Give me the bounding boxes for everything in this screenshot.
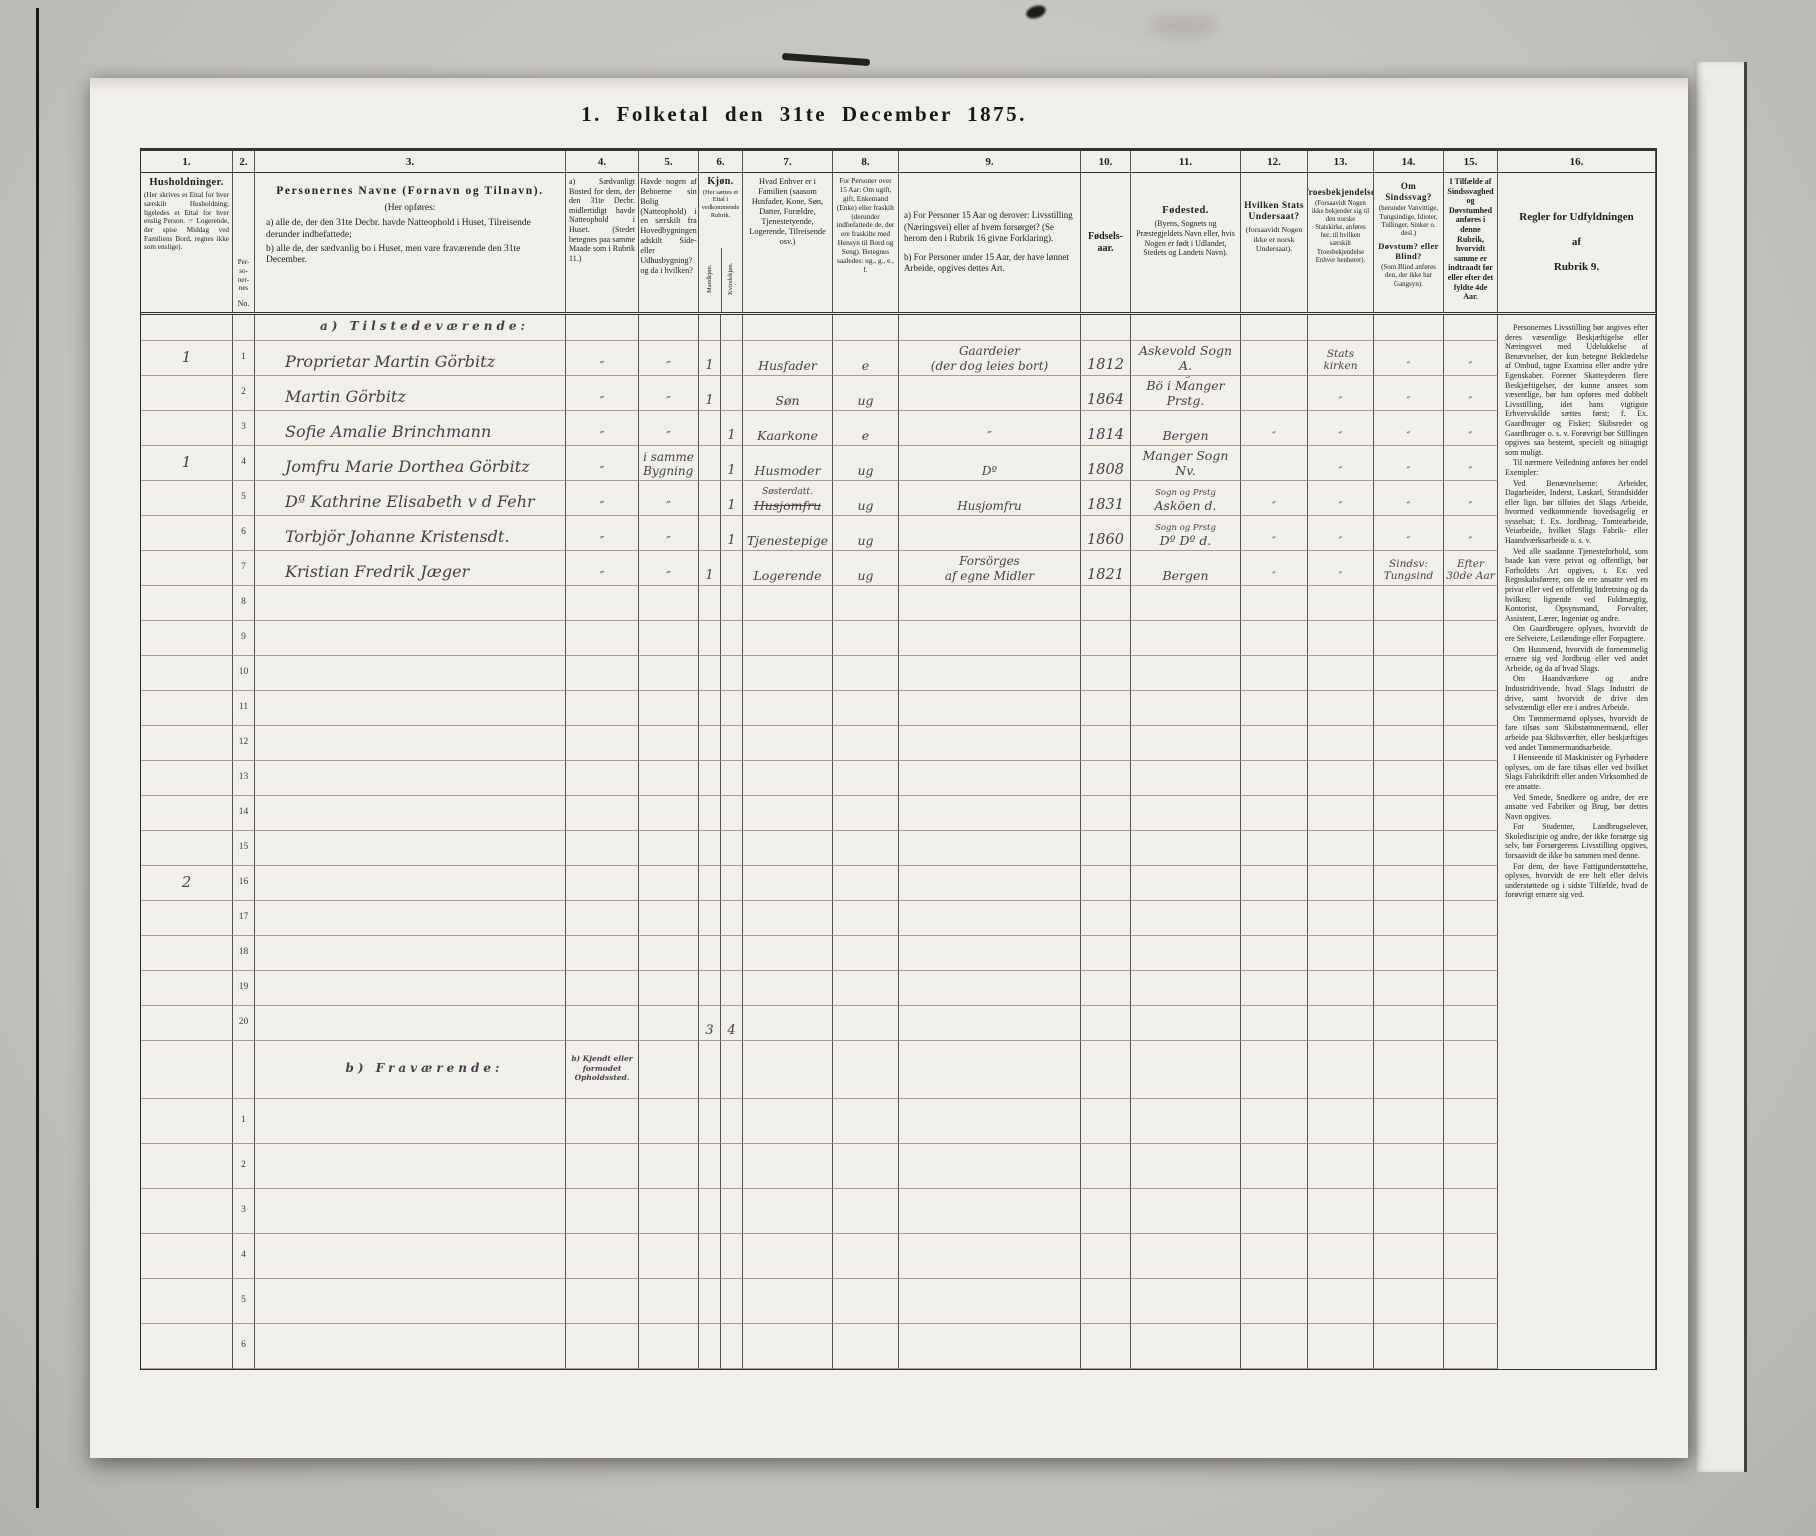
disability-title2: Døvstum? eller Blind?: [1377, 241, 1440, 261]
section-row-cell-citizenship: [1241, 1041, 1308, 1099]
rules-paragraph: Ved Smede, Snedkere og andre, der ere an…: [1505, 793, 1648, 822]
col-number-4: 4.: [566, 151, 639, 173]
cell-outbuilding: ″: [639, 516, 699, 551]
col-number-7: 7.: [743, 151, 833, 173]
cell-occupation: Dº: [899, 446, 1081, 481]
cell-occupation: Forsörges af egne Midler: [899, 551, 1081, 586]
cell-family-position: [743, 831, 833, 866]
cell-occupation: [899, 656, 1081, 691]
cell-birth-year: [1081, 726, 1131, 761]
cell-usual-residence: [566, 866, 639, 901]
cell-usual-residence: [566, 796, 639, 831]
cell-family-position-text: Søn: [775, 393, 799, 408]
section-row-cell-occupation: [899, 1041, 1081, 1099]
cell-marital-status: [833, 726, 899, 761]
col-header-outbuilding: Havde nogen af Beboerne sin Bolig (Natte…: [639, 173, 699, 315]
section-label: a) Tilstedeværende:: [320, 319, 529, 333]
cell-family-position: [743, 1279, 833, 1324]
cell-name: Jomfru Marie Dorthea Görbitz: [255, 446, 566, 481]
cell-birthplace: [1131, 621, 1241, 656]
cell-person-no: 19: [233, 971, 255, 1006]
disability-onset-text: I Tilfælde af Sindssvaghed og Døvstumhed…: [1447, 177, 1494, 302]
cell-disability: [1374, 656, 1444, 691]
cell-creed: [1308, 761, 1374, 796]
cell-birthplace-text: Dº Dº d.: [1160, 534, 1212, 548]
cell-birthplace: [1131, 656, 1241, 691]
cell-usual-residence: [566, 1279, 639, 1324]
cell-outbuilding: [639, 656, 699, 691]
cell-person-no: 5: [233, 481, 255, 516]
occupation-rule-a: a) For Personer 15 Aar og derover: Livss…: [904, 210, 1075, 244]
cell-usual-residence: ″: [566, 376, 639, 411]
cell-birthplace: [1131, 1279, 1241, 1324]
creed-note: (Forsaavidt Nogen ikke bekjender sig til…: [1311, 200, 1370, 265]
cell-household-mark: [141, 1279, 233, 1324]
cell-name: [255, 901, 566, 936]
col-header-disability-onset: I Tilfælde af Sindssvaghed og Døvstumhed…: [1444, 173, 1498, 315]
cell-birth-year: [1081, 936, 1131, 971]
cell-disability-onset: [1444, 901, 1498, 936]
section-row-cell-creed: [1308, 1041, 1374, 1099]
cell-male: [699, 971, 721, 1006]
section-row-cell-household-mark: [141, 315, 233, 341]
cell-usual-residence: [566, 1006, 639, 1041]
cell-birth-year: [1081, 1144, 1131, 1189]
cell-household-mark: [141, 691, 233, 726]
rules-paragraph: Om Tømmermænd oplyses, hvorvidt de fare …: [1505, 714, 1648, 752]
cell-marital-status: ug: [833, 481, 899, 516]
section-row-cell-name: a) Tilstedeværende:: [255, 315, 566, 341]
col-number-9: 9.: [899, 151, 1081, 173]
cell-occupation: [899, 796, 1081, 831]
cell-male: 3: [699, 1006, 721, 1041]
col-header-sex: Kjøn. (Her sættes et Ettal i vedkommende…: [699, 173, 743, 315]
cell-birthplace: [1131, 1144, 1241, 1189]
cell-marital-status: [833, 656, 899, 691]
cell-disability-onset: [1444, 726, 1498, 761]
cell-citizenship: [1241, 376, 1308, 411]
cell-female: 1: [721, 446, 743, 481]
names-rule-b: b) alle de, der sædvanlig bo i Huset, me…: [258, 243, 562, 269]
person-no-label: Per- so- ner- nes: [238, 258, 250, 293]
cell-name: Torbjör Johanne Kristensdt.: [255, 516, 566, 551]
census-page: 1. Folketal den 31te December 1875. 1. 2…: [90, 78, 1688, 1458]
cell-birth-year: 1808: [1081, 446, 1131, 481]
col-header-names: Personernes Navne (Fornavn og Tilnavn). …: [255, 173, 566, 315]
cell-outbuilding: [639, 1099, 699, 1144]
cell-occupation: [899, 1189, 1081, 1234]
cell-family-position: Logerende: [743, 551, 833, 586]
family-position-text: Hvad Enhver er i Familien (saasom Husfad…: [746, 177, 829, 247]
citizenship-title: Hvilken Stats Undersaat?: [1244, 201, 1304, 223]
cell-outbuilding: [639, 1279, 699, 1324]
cell-person-no: 3: [233, 1189, 255, 1234]
cell-birthplace: [1131, 726, 1241, 761]
cell-household-mark: [141, 1189, 233, 1234]
cell-family-position: [743, 586, 833, 621]
cell-disability: [1374, 621, 1444, 656]
col-number-1: 1.: [141, 151, 233, 173]
cell-female: 4: [721, 1006, 743, 1041]
cell-female: [721, 796, 743, 831]
cell-disability-onset: [1444, 1189, 1498, 1234]
cell-birth-year: [1081, 1006, 1131, 1041]
cell-person-no: 2: [233, 1144, 255, 1189]
cell-outbuilding: ″: [639, 376, 699, 411]
cell-person-no: 4: [233, 1234, 255, 1279]
cell-birthplace: [1131, 586, 1241, 621]
cell-usual-residence: [566, 1099, 639, 1144]
cell-disability: [1374, 761, 1444, 796]
cell-usual-residence: [566, 901, 639, 936]
cell-family-position-text: Husjomfru: [754, 498, 821, 513]
col-header-person-no: Per- so- ner- nes No.: [233, 173, 255, 315]
cell-male: [699, 796, 721, 831]
cell-female: [721, 1189, 743, 1234]
cell-marital-status: [833, 971, 899, 1006]
cell-person-no: 2: [233, 376, 255, 411]
cell-outbuilding: [639, 691, 699, 726]
cell-occupation: [899, 936, 1081, 971]
absent-residence-note: b) Kjendt eller formodet Opholdssted.: [567, 1054, 637, 1083]
cell-occupation: [899, 971, 1081, 1006]
cell-birthplace: [1131, 936, 1241, 971]
cell-birthplace-text: Bö i Manger Prstg.: [1132, 379, 1239, 408]
cell-creed: [1308, 936, 1374, 971]
col-number-10: 10.: [1081, 151, 1131, 173]
cell-birth-year: [1081, 1099, 1131, 1144]
cell-female: [721, 621, 743, 656]
cell-male: [699, 831, 721, 866]
cell-outbuilding: [639, 971, 699, 1006]
cell-outbuilding: ″: [639, 481, 699, 516]
cell-female: [721, 586, 743, 621]
section-row-cell-male: [699, 1041, 721, 1099]
cell-family-position: Søsterdatt.Husjomfru: [743, 481, 833, 516]
cell-occupation: [899, 516, 1081, 551]
cell-family-position: [743, 621, 833, 656]
cell-family-position: [743, 796, 833, 831]
cell-marital-status: [833, 761, 899, 796]
cell-disability: [1374, 1324, 1444, 1369]
cell-person-no: 15: [233, 831, 255, 866]
cell-female: [721, 726, 743, 761]
cell-occupation: [899, 1099, 1081, 1144]
cell-person-no: 6: [233, 516, 255, 551]
cell-family-position: [743, 1006, 833, 1041]
cell-birthplace: [1131, 796, 1241, 831]
cell-usual-residence: [566, 1234, 639, 1279]
col-header-occupation: a) For Personer 15 Aar og derover: Livss…: [899, 173, 1081, 315]
cell-occupation: [899, 866, 1081, 901]
cell-occupation: ″: [899, 411, 1081, 446]
cell-citizenship: [1241, 1279, 1308, 1324]
cell-disability: [1374, 1279, 1444, 1324]
cell-creed: [1308, 1189, 1374, 1234]
section-row-cell-citizenship: [1241, 315, 1308, 341]
cell-marital-status: [833, 796, 899, 831]
cell-family-position: [743, 936, 833, 971]
cell-person-no: 12: [233, 726, 255, 761]
cell-marital-status: [833, 1099, 899, 1144]
cell-disability-onset: [1444, 691, 1498, 726]
cell-family-position-text: Husfader: [758, 358, 817, 373]
cell-birth-year: [1081, 1234, 1131, 1279]
cell-citizenship: [1241, 341, 1308, 376]
cell-male: [699, 1324, 721, 1369]
cell-creed: [1308, 971, 1374, 1006]
cell-family-position: [743, 656, 833, 691]
cell-male: [699, 901, 721, 936]
cell-outbuilding: [639, 831, 699, 866]
cell-creed: [1308, 656, 1374, 691]
cell-disability-onset: [1444, 1006, 1498, 1041]
cell-family-position: Husfader: [743, 341, 833, 376]
cell-birth-year: 1831: [1081, 481, 1131, 516]
citizenship-note: (forsaavidt Nogen ikke er norsk Undersaa…: [1244, 225, 1304, 253]
sex-sublabels: Mandkjøn. Kvindekjøn.: [700, 248, 741, 312]
cell-male: [699, 621, 721, 656]
cell-household-mark: [141, 621, 233, 656]
cell-female: [721, 1234, 743, 1279]
cell-male: [699, 1189, 721, 1234]
cell-citizenship: [1241, 1189, 1308, 1234]
cell-usual-residence: [566, 621, 639, 656]
section-row-cell-outbuilding: [639, 315, 699, 341]
cell-household-mark: [141, 901, 233, 936]
cell-female: [721, 1324, 743, 1369]
col-number-11: 11.: [1131, 151, 1241, 173]
cell-citizenship: [1241, 691, 1308, 726]
section-row-cell-family-position: [743, 1041, 833, 1099]
cell-disability-onset: ″: [1444, 341, 1498, 376]
cell-disability: ″: [1374, 516, 1444, 551]
cell-name: [255, 656, 566, 691]
disability-note2: (Som Blind anføres den, der ikke har Gan…: [1377, 263, 1440, 288]
cell-citizenship: [1241, 971, 1308, 1006]
cell-outbuilding: [639, 1324, 699, 1369]
cell-birth-year: [1081, 656, 1131, 691]
cell-marital-status: [833, 1234, 899, 1279]
col-number-5: 5.: [639, 151, 699, 173]
cell-birthplace-text: Bergen: [1162, 429, 1208, 443]
section-row-cell-occupation: [899, 315, 1081, 341]
cell-birth-year: 1860: [1081, 516, 1131, 551]
cell-occupation: [899, 621, 1081, 656]
cell-marital-status: [833, 1324, 899, 1369]
cell-creed: [1308, 691, 1374, 726]
cell-disability: [1374, 726, 1444, 761]
col-header-marital-status: For Personer over 15 Aar: Om ugift, gift…: [833, 173, 899, 315]
cell-disability-onset: [1444, 831, 1498, 866]
cell-male: [699, 586, 721, 621]
cell-citizenship: [1241, 761, 1308, 796]
cell-disability: [1374, 691, 1444, 726]
names-rule-a: a) alle de, der den 31te Decbr. havde Na…: [258, 217, 562, 243]
cell-household-mark: [141, 796, 233, 831]
cell-name: Dª Kathrine Elisabeth v d Fehr: [255, 481, 566, 516]
names-title: Personernes Navne (Fornavn og Tilnavn).: [276, 185, 543, 199]
cell-household-mark: [141, 1144, 233, 1189]
cell-outbuilding: [639, 936, 699, 971]
section-row-cell-person-no: [233, 1041, 255, 1099]
person-no-abbrev: No.: [238, 299, 250, 309]
cell-creed: [1308, 1006, 1374, 1041]
cell-creed: [1308, 726, 1374, 761]
cell-birth-year: 1864: [1081, 376, 1131, 411]
scan-edge-line: [36, 8, 39, 1508]
cell-female: [721, 551, 743, 586]
cell-birth-year: 1821: [1081, 551, 1131, 586]
col-header-rules: Regler for Udfyldningen af Rubrik 9.: [1498, 173, 1656, 315]
cell-marital-status: [833, 831, 899, 866]
cell-household-mark: [141, 376, 233, 411]
section-row-cell-birth-year: [1081, 1041, 1131, 1099]
cell-marital-status: [833, 691, 899, 726]
cell-disability: Sindsv: Tungsind: [1374, 551, 1444, 586]
col-header-birthplace: Fødested. (Byens, Sognets og Præstegjeld…: [1131, 173, 1241, 315]
cell-birthplace: Bergen: [1131, 411, 1241, 446]
cell-birthplace: [1131, 761, 1241, 796]
cell-creed: [1308, 866, 1374, 901]
cell-occupation: [899, 831, 1081, 866]
cell-usual-residence: [566, 1324, 639, 1369]
cell-name: [255, 726, 566, 761]
cell-name: [255, 691, 566, 726]
cell-citizenship: [1241, 796, 1308, 831]
cell-citizenship: [1241, 1099, 1308, 1144]
cell-usual-residence: [566, 761, 639, 796]
section-row-cell-female: [721, 1041, 743, 1099]
cell-birthplace: Bergen: [1131, 551, 1241, 586]
cell-occupation: [899, 1006, 1081, 1041]
section-row-cell-creed: [1308, 315, 1374, 341]
cell-citizenship: [1241, 726, 1308, 761]
cell-disability-onset: [1444, 761, 1498, 796]
cell-person-no: 5: [233, 1279, 255, 1324]
creed-title: Troesbekjendelse.: [1308, 187, 1374, 198]
section-row-cell-disability: [1374, 1041, 1444, 1099]
col-number-3: 3.: [255, 151, 566, 173]
cell-household-mark: [141, 831, 233, 866]
cell-outbuilding: [639, 866, 699, 901]
cell-person-no: 14: [233, 796, 255, 831]
cell-marital-status: [833, 866, 899, 901]
cell-male: [699, 656, 721, 691]
cell-female: [721, 971, 743, 1006]
cell-birthplace-text: Manger Sogn Nv.: [1132, 449, 1239, 478]
cell-marital-status: [833, 936, 899, 971]
cell-birth-year: [1081, 761, 1131, 796]
cell-marital-status: e: [833, 341, 899, 376]
cell-disability-onset: ″: [1444, 376, 1498, 411]
cell-male: [699, 1234, 721, 1279]
cell-creed: Stats kirken: [1308, 341, 1374, 376]
cell-family-position: [743, 1099, 833, 1144]
cell-usual-residence: [566, 656, 639, 691]
cell-citizenship: [1241, 1144, 1308, 1189]
col-number-14: 14.: [1374, 151, 1444, 173]
cell-disability-onset: [1444, 1279, 1498, 1324]
cell-name: [255, 1144, 566, 1189]
cell-occupation: [899, 1234, 1081, 1279]
section-row-cell-person-no: [233, 315, 255, 341]
cell-disability: [1374, 1006, 1444, 1041]
cell-birth-year: [1081, 831, 1131, 866]
cell-disability: ″: [1374, 481, 1444, 516]
cell-person-no: 7: [233, 551, 255, 586]
cell-usual-residence: [566, 726, 639, 761]
col-number-12: 12.: [1241, 151, 1308, 173]
cell-name: [255, 831, 566, 866]
cell-disability: [1374, 901, 1444, 936]
cell-name: [255, 1234, 566, 1279]
cell-marital-status: ug: [833, 376, 899, 411]
section-row-cell-birth-year: [1081, 315, 1131, 341]
col-header-creed: Troesbekjendelse. (Forsaavidt Nogen ikke…: [1308, 173, 1374, 315]
section-row-cell-usual-residence: b) Kjendt eller formodet Opholdssted.: [566, 1041, 639, 1099]
section-row-cell-marital-status: [833, 1041, 899, 1099]
cell-birthplace-text: Asköen d.: [1155, 499, 1217, 513]
cell-person-no: 16: [233, 866, 255, 901]
cell-creed: [1308, 796, 1374, 831]
cell-outbuilding: [639, 761, 699, 796]
cell-citizenship: [1241, 446, 1308, 481]
cell-family-position: Søn: [743, 376, 833, 411]
cell-female: [721, 656, 743, 691]
cell-family-position: [743, 901, 833, 936]
cell-birthplace: [1131, 971, 1241, 1006]
cell-marital-status: e: [833, 411, 899, 446]
cell-creed: [1308, 1099, 1374, 1144]
cell-male: [699, 1279, 721, 1324]
cell-household-mark: [141, 586, 233, 621]
rules-paragraph: Til nærmere Veiledning anføres her endel…: [1505, 458, 1648, 477]
cell-outbuilding: ″: [639, 551, 699, 586]
scan-background: { "colors":{"paper":"#f1efe9","backgroun…: [0, 0, 1816, 1536]
cell-occupation: Husjomfru: [899, 481, 1081, 516]
rules-paragraph: Om Husmænd, hvorvidt de fornemmelig ernæ…: [1505, 645, 1648, 674]
cell-birth-year: 1814: [1081, 411, 1131, 446]
col-number-15: 15.: [1444, 151, 1498, 173]
cell-disability-onset: ″: [1444, 516, 1498, 551]
section-row-cell-birthplace: [1131, 315, 1241, 341]
cell-outbuilding: [639, 1189, 699, 1234]
cell-citizenship: ″: [1241, 411, 1308, 446]
cell-creed: [1308, 831, 1374, 866]
birthplace-title: Fødested.: [1162, 205, 1208, 217]
cell-usual-residence: ″: [566, 481, 639, 516]
rules-paragraph: Ved alle saadanne Tjenesteforhold, som b…: [1505, 547, 1648, 624]
col-number-13: 13.: [1308, 151, 1374, 173]
cell-birth-year: [1081, 901, 1131, 936]
cell-occupation: [899, 726, 1081, 761]
cell-disability-onset: ″: [1444, 481, 1498, 516]
cell-household-mark: 2: [141, 866, 233, 901]
cell-citizenship: [1241, 1006, 1308, 1041]
cell-household-mark: [141, 481, 233, 516]
cell-disability-onset: [1444, 586, 1498, 621]
cell-disability-onset: [1444, 936, 1498, 971]
cell-name: Proprietar Martin Görbitz: [255, 341, 566, 376]
cell-birthplace-text: Bergen: [1162, 569, 1208, 583]
cell-female: [721, 761, 743, 796]
cell-creed: [1308, 901, 1374, 936]
cell-disability-onset: [1444, 1099, 1498, 1144]
cell-birthplace: Manger Sogn Nv.: [1131, 446, 1241, 481]
section-row-cell-marital-status: [833, 315, 899, 341]
cell-birthplace: [1131, 831, 1241, 866]
